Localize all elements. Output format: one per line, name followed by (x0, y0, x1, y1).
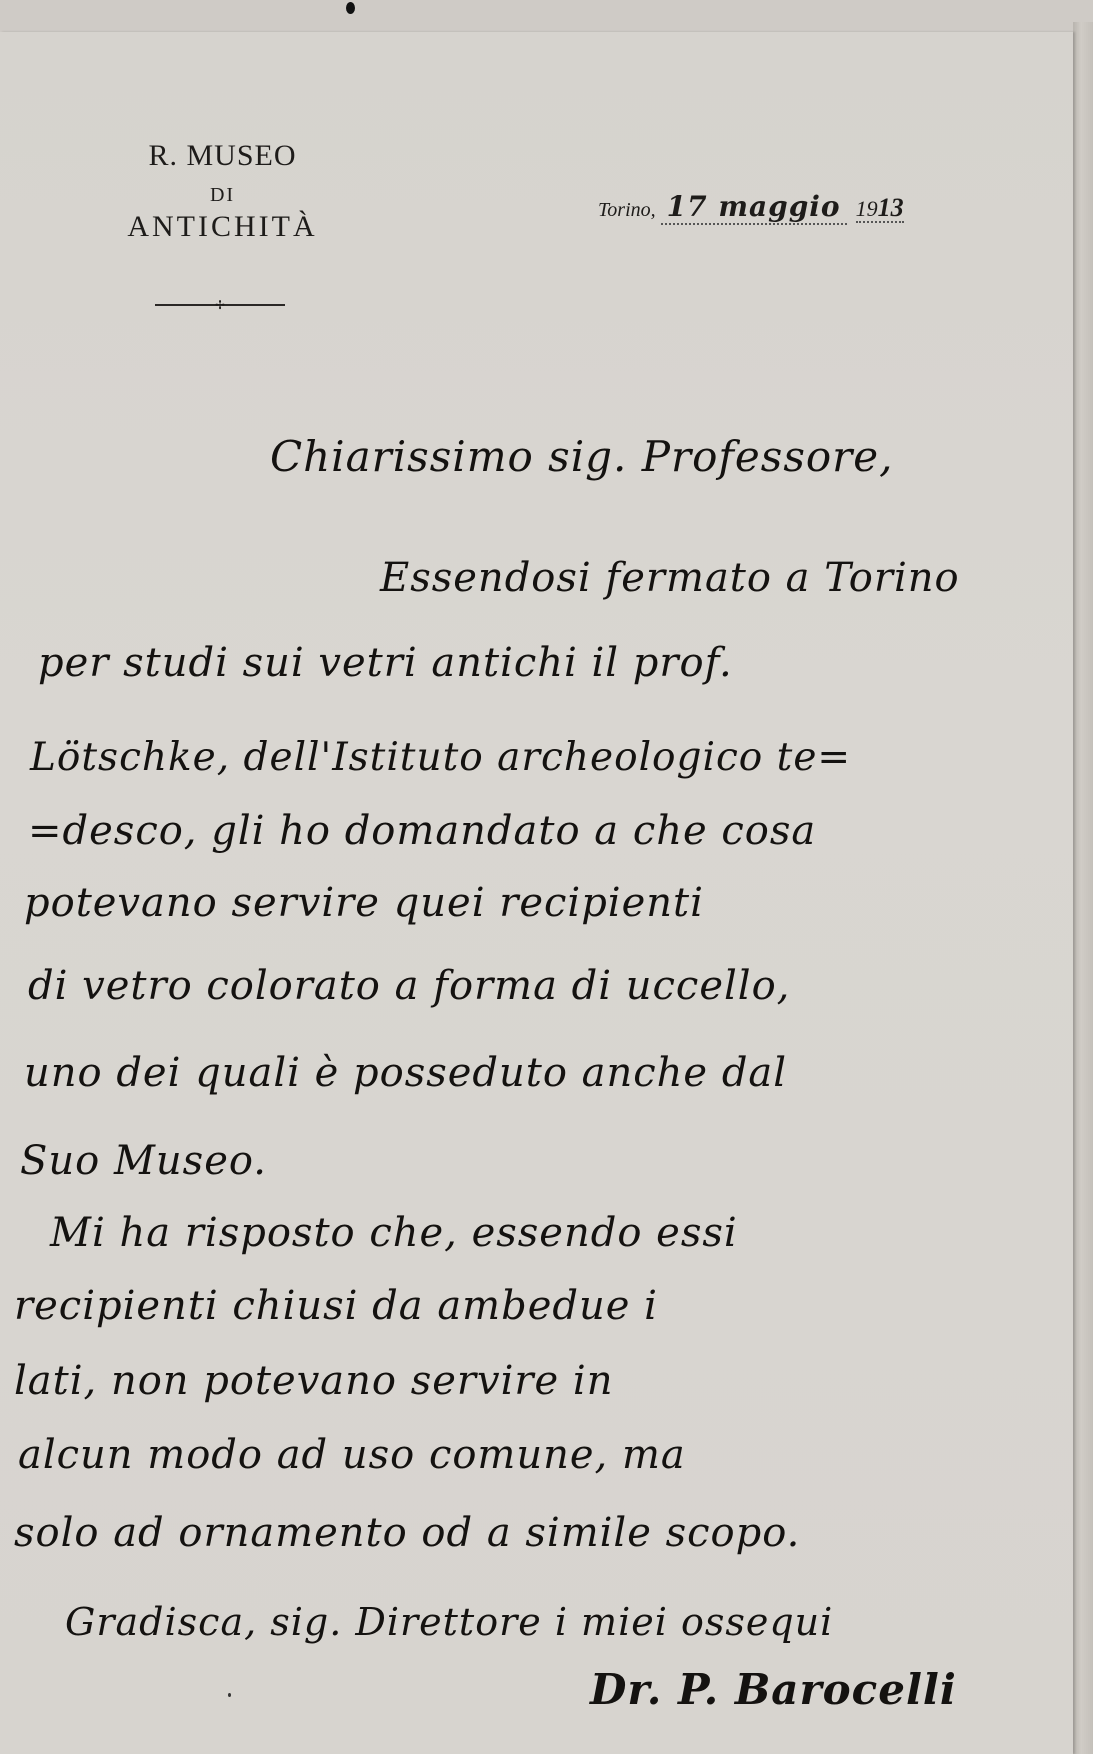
ink-blot (346, 2, 355, 14)
closing: Gradisca, sig. Direttore i miei ossequi (65, 1600, 833, 1644)
dateline: Torino, 17 maggio 1913 (598, 190, 1018, 223)
signature: Dr. P. Barocelli (590, 1665, 957, 1714)
letterhead-line-1: R. MUSEO (80, 138, 365, 174)
body-line-10: recipienti chiusi da ambedue i (14, 1283, 658, 1329)
letterhead-line-2: DI (80, 180, 365, 210)
underlying-page-edge (1073, 22, 1093, 1754)
date-day-month: 17 maggio (661, 190, 847, 225)
letterhead-line-3: ANTICHITÀ (80, 210, 365, 244)
body-line-4: =desco, gli ho domandato a che cosa (28, 808, 816, 854)
body-line-12: alcun modo ad uso comune, ma (18, 1432, 686, 1478)
body-line-13: solo ad ornamento od a simile scopo. (14, 1510, 800, 1556)
letterhead: R. MUSEO DI ANTICHITÀ (80, 138, 365, 244)
body-line-6: di vetro colorato a forma di uccello, (28, 963, 790, 1009)
body-line-9: Mi ha risposto che, essendo essi (50, 1210, 738, 1256)
letter-scan: R. MUSEO DI ANTICHITÀ ✢ Torino, 17 maggi… (0, 0, 1093, 1754)
paper-speck (228, 1693, 231, 1697)
salutation: Chiarissimo sig. Professore, (270, 432, 893, 481)
body-line-11: lati, non potevano servire in (14, 1358, 613, 1404)
body-line-2: per studi sui vetri antichi il prof. (38, 640, 733, 686)
body-line-7: uno dei quali è posseduto anche dal (24, 1050, 787, 1096)
date-place: Torino, (598, 199, 656, 221)
body-line-5: potevano servire quei recipienti (24, 880, 704, 926)
date-year-printed: 19 (856, 196, 878, 221)
ornament-knot-icon: ✢ (210, 300, 230, 310)
body-line-8: Suo Museo. (20, 1138, 267, 1184)
date-year-handwritten: 13 (878, 193, 904, 222)
body-line-3: Lötschke, dell'Istituto archeologico te= (30, 735, 851, 780)
date-year: 1913 (856, 196, 904, 223)
body-line-1: Essendosi fermato a Torino (380, 555, 960, 601)
letterhead-ornament: ✢ (155, 300, 285, 310)
